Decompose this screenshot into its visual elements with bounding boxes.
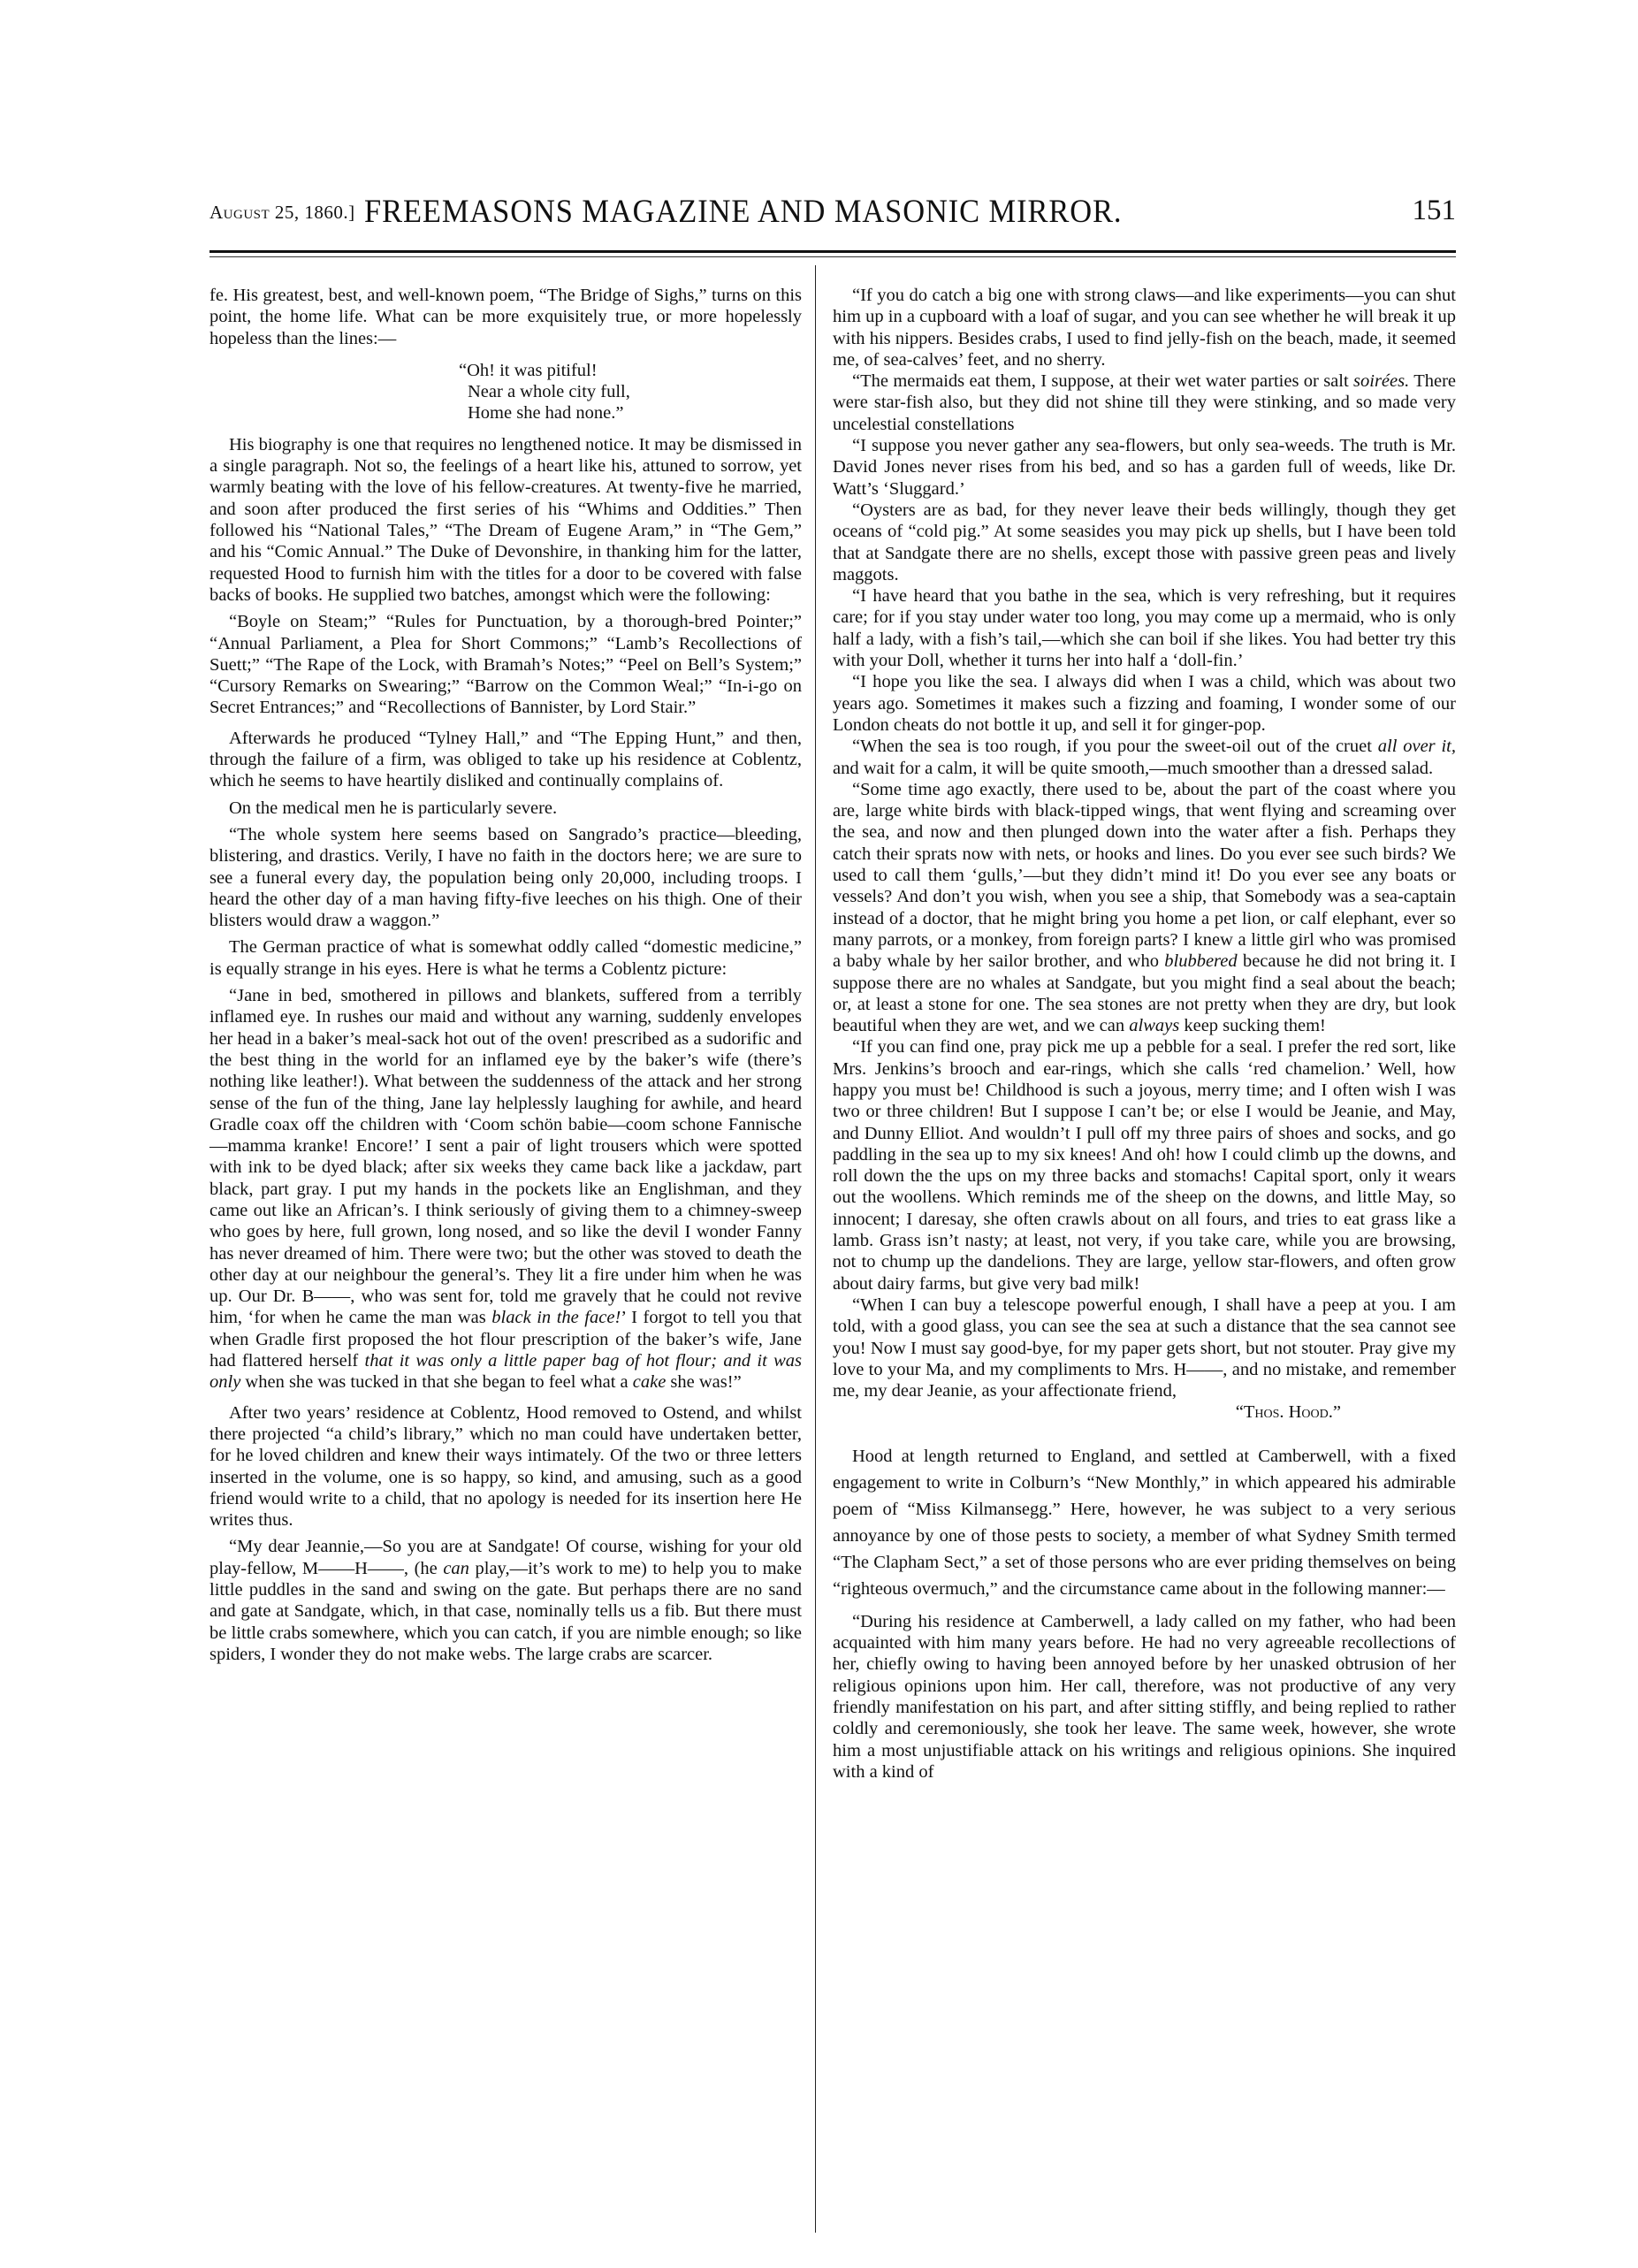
paragraph: On the medical men he is particularly se…	[210, 798, 802, 819]
letter-paragraph: “I hope you like the sea. I always did w…	[833, 671, 1456, 736]
poem-line: Home she had none.”	[459, 402, 802, 424]
letter-paragraph: “The mermaids eat them, I suppose, at th…	[833, 370, 1456, 435]
page-header: August 25, 1860.] FREEMASONS MAGAZINE AN…	[210, 193, 1456, 232]
publication-title: FREEMASONS MAGAZINE AND MASONIC MIRROR.	[364, 193, 1122, 231]
letter-paragraph: “When I can buy a telescope powerful eno…	[833, 1294, 1456, 1401]
header-rule-thin	[210, 256, 1456, 257]
poem-line: “Oh! it was pitiful!	[459, 360, 802, 381]
letter-paragraph: “I have heard that you bathe in the sea,…	[833, 585, 1456, 671]
letter-paragraph: “If you can find one, pray pick me up a …	[833, 1036, 1456, 1294]
paragraph: The German practice of what is somewhat …	[210, 936, 802, 980]
letter-paragraph: “If you do catch a big one with strong c…	[833, 285, 1456, 370]
letter-paragraph: “Oysters are as bad, for they never leav…	[833, 500, 1456, 585]
book-titles-list: “Boyle on Steam;” “Rules for Punctuation…	[210, 611, 802, 718]
poem-quote: “Oh! it was pitiful! Near a whole city f…	[459, 360, 802, 424]
letter-paragraph: “My dear Jeannie,—So you are at Sandgate…	[210, 1536, 802, 1665]
issue-date: August 25, 1860.]	[210, 202, 355, 224]
letter-paragraph: “Some time ago exactly, there used to be…	[833, 779, 1456, 1037]
paragraph: fe. His greatest, best, and well-known p…	[210, 285, 802, 349]
quote-paragraph: “The whole system here seems based on Sa…	[210, 824, 802, 931]
poem-line: Near a whole city full,	[459, 381, 802, 402]
paragraph: His biography is one that requires no le…	[210, 434, 802, 606]
paragraph: Afterwards he produced “Tylney Hall,” an…	[210, 728, 802, 792]
newspaper-page: August 25, 1860.] FREEMASONS MAGAZINE AN…	[0, 0, 1638, 2268]
column-divider	[815, 265, 816, 2233]
quote-paragraph: “During his residence at Camberwell, a l…	[833, 1611, 1456, 1783]
page-number: 151	[1413, 195, 1457, 227]
header-rule-thick	[210, 250, 1456, 253]
right-column: “If you do catch a big one with strong c…	[833, 285, 1456, 1788]
quote-paragraph: “Jane in bed, smothered in pillows and b…	[210, 985, 802, 1394]
paragraph: After two years’ residence at Coblentz, …	[210, 1402, 802, 1531]
left-column: fe. His greatest, best, and well-known p…	[210, 285, 802, 1670]
letter-paragraph: “When the sea is too rough, if you pour …	[833, 736, 1456, 779]
paragraph: Hood at length returned to England, and …	[833, 1443, 1456, 1602]
letter-paragraph: “I suppose you never gather any sea-flow…	[833, 435, 1456, 500]
letter-signature: “Thos. Hood.”	[833, 1401, 1456, 1423]
